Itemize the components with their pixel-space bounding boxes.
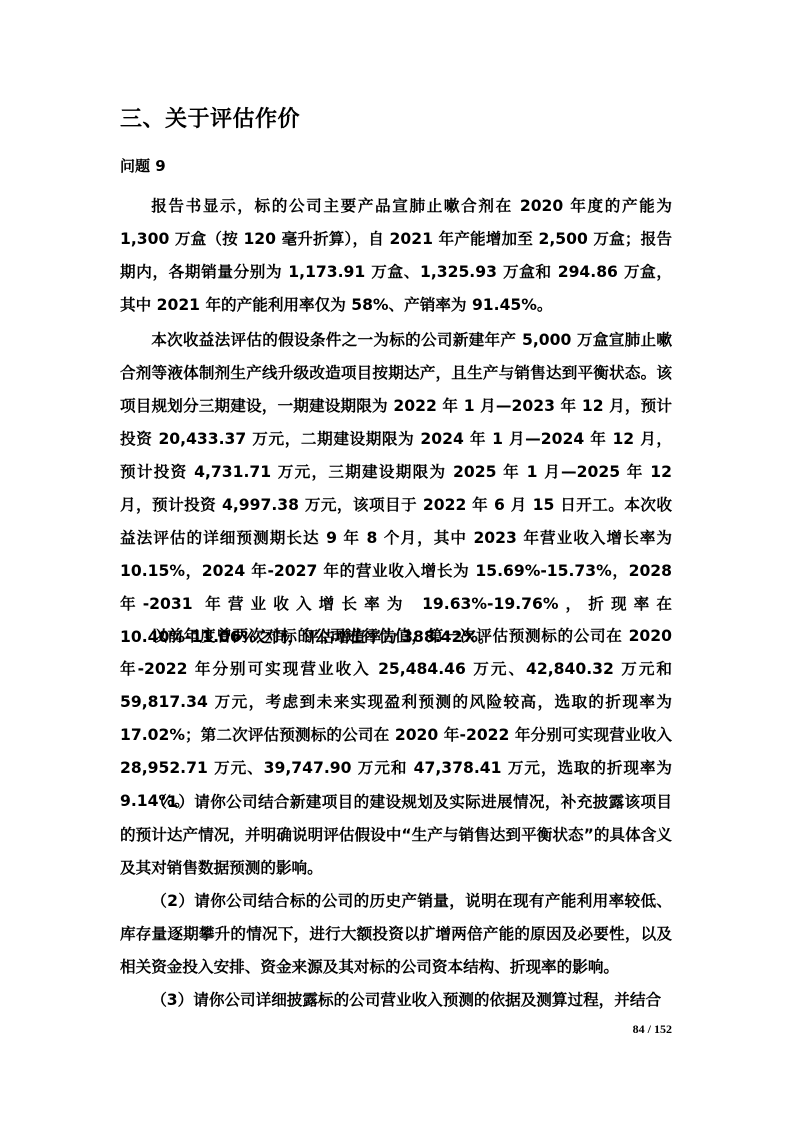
question-title: 问题 9 bbox=[120, 155, 166, 176]
page-number: 84 / 152 bbox=[633, 1022, 672, 1037]
question-item-1: （1）请你公司结合新建项目的建设规划及实际进展情况，补充披露该项目的预计达产情况… bbox=[120, 786, 672, 885]
question-item-3: （3）请你公司详细披露标的公司营业收入预测的依据及测算过程，并结合 bbox=[120, 984, 672, 1017]
paragraph-capacity-sales: 报告书显示，标的公司主要产品宣肺止嗽合剂在 2020 年度的产能为 1,300 … bbox=[120, 190, 672, 322]
paragraph-income-approach-assumptions: 本次收益法评估的假设条件之一为标的公司新建年产 5,000 万盒宣肺止嗽合剂等液… bbox=[120, 324, 672, 654]
question-item-2: （2）请你公司结合标的公司的历史产销量，说明在现有产能利用率较低、库存量逐期攀升… bbox=[120, 885, 672, 984]
section-title: 三、关于评估作价 bbox=[120, 102, 300, 133]
